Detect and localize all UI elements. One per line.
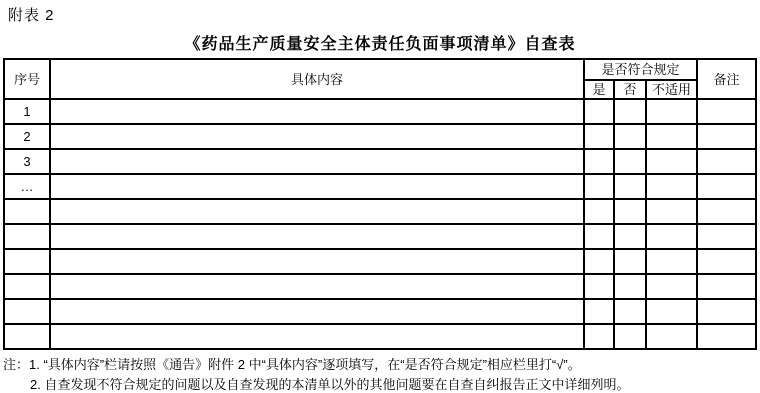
column-header-content: 具体内容 <box>50 59 584 99</box>
row-yes-cell <box>584 324 614 349</box>
row-na-cell <box>646 124 697 149</box>
row-na-cell <box>646 249 697 274</box>
table-row <box>4 224 756 249</box>
note-2-text: 2. 自查发现不符合规定的问题以及自查发现的本清单以外的其他问题要在自查自纠报告… <box>30 375 629 393</box>
row-content-cell <box>50 149 584 174</box>
column-header-yes: 是 <box>584 80 614 99</box>
document-page: 附表 2 《药品生产质量安全主体责任负面事项清单》自查表 序号 具体内容 是否符… <box>0 0 760 393</box>
row-yes-cell <box>584 99 614 124</box>
row-content-cell <box>50 124 584 149</box>
attachment-label: 附表 2 <box>8 7 757 25</box>
row-index-cell <box>4 224 50 249</box>
row-no-cell <box>614 299 646 324</box>
row-na-cell <box>646 199 697 224</box>
row-yes-cell <box>584 199 614 224</box>
row-no-cell <box>614 199 646 224</box>
row-index-cell <box>4 249 50 274</box>
table-row <box>4 324 756 349</box>
column-header-no: 否 <box>614 80 646 99</box>
table-row <box>4 199 756 224</box>
row-remarks-cell <box>697 274 756 299</box>
row-na-cell <box>646 174 697 199</box>
row-na-cell <box>646 99 697 124</box>
self-check-table: 序号 具体内容 是否符合规定 备注 是 否 不适用 1 2 <box>3 58 757 350</box>
row-index-cell: 1 <box>4 99 50 124</box>
row-no-cell <box>614 149 646 174</box>
table-row <box>4 249 756 274</box>
row-no-cell <box>614 124 646 149</box>
row-no-cell <box>614 274 646 299</box>
row-na-cell <box>646 224 697 249</box>
row-yes-cell <box>584 174 614 199</box>
note-1-text: 1. “具体内容”栏请按照《通告》附件 2 中“具体内容”逐项填写，在“是否符合… <box>29 355 581 375</box>
row-index-cell <box>4 199 50 224</box>
row-content-cell <box>50 224 584 249</box>
row-index-cell: … <box>4 174 50 199</box>
row-index-cell <box>4 324 50 349</box>
column-header-not-applicable: 不适用 <box>646 80 697 99</box>
column-header-compliance: 是否符合规定 <box>584 59 697 80</box>
row-content-cell <box>50 99 584 124</box>
row-content-cell <box>50 249 584 274</box>
row-content-cell <box>50 174 584 199</box>
row-yes-cell <box>584 149 614 174</box>
footnotes: 注： 1. “具体内容”栏请按照《通告》附件 2 中“具体内容”逐项填写，在“是… <box>3 355 757 393</box>
row-no-cell <box>614 224 646 249</box>
row-no-cell <box>614 324 646 349</box>
row-remarks-cell <box>697 99 756 124</box>
row-yes-cell <box>584 274 614 299</box>
row-na-cell <box>646 274 697 299</box>
header-row-1: 序号 具体内容 是否符合规定 备注 <box>4 59 756 80</box>
row-content-cell <box>50 324 584 349</box>
column-header-index: 序号 <box>4 59 50 99</box>
table-row: 3 <box>4 149 756 174</box>
row-yes-cell <box>584 224 614 249</box>
row-remarks-cell <box>697 299 756 324</box>
row-remarks-cell <box>697 249 756 274</box>
row-remarks-cell <box>697 324 756 349</box>
table-body: 1 2 3 … <box>4 99 756 349</box>
row-content-cell <box>50 274 584 299</box>
row-index-cell: 2 <box>4 124 50 149</box>
row-remarks-cell <box>697 124 756 149</box>
row-remarks-cell <box>697 224 756 249</box>
row-content-cell <box>50 199 584 224</box>
row-remarks-cell <box>697 199 756 224</box>
page-title: 《药品生产质量安全主体责任负面事项清单》自查表 <box>3 35 757 54</box>
row-na-cell <box>646 149 697 174</box>
row-yes-cell <box>584 124 614 149</box>
row-remarks-cell <box>697 174 756 199</box>
row-remarks-cell <box>697 149 756 174</box>
note-line-2: 2. 自查发现不符合规定的问题以及自查发现的本清单以外的其他问题要在自查自纠报告… <box>30 375 757 393</box>
row-yes-cell <box>584 249 614 274</box>
row-no-cell <box>614 249 646 274</box>
column-header-remarks: 备注 <box>697 59 756 99</box>
row-yes-cell <box>584 299 614 324</box>
row-index-cell <box>4 299 50 324</box>
row-index-cell: 3 <box>4 149 50 174</box>
table-row: 2 <box>4 124 756 149</box>
table-row <box>4 299 756 324</box>
note-prefix: 注： <box>3 355 29 375</box>
row-no-cell <box>614 174 646 199</box>
table-row <box>4 274 756 299</box>
row-content-cell <box>50 299 584 324</box>
table-row: … <box>4 174 756 199</box>
row-na-cell <box>646 324 697 349</box>
table-row: 1 <box>4 99 756 124</box>
row-na-cell <box>646 299 697 324</box>
row-no-cell <box>614 99 646 124</box>
note-line-1: 注： 1. “具体内容”栏请按照《通告》附件 2 中“具体内容”逐项填写，在“是… <box>3 355 757 375</box>
row-index-cell <box>4 274 50 299</box>
